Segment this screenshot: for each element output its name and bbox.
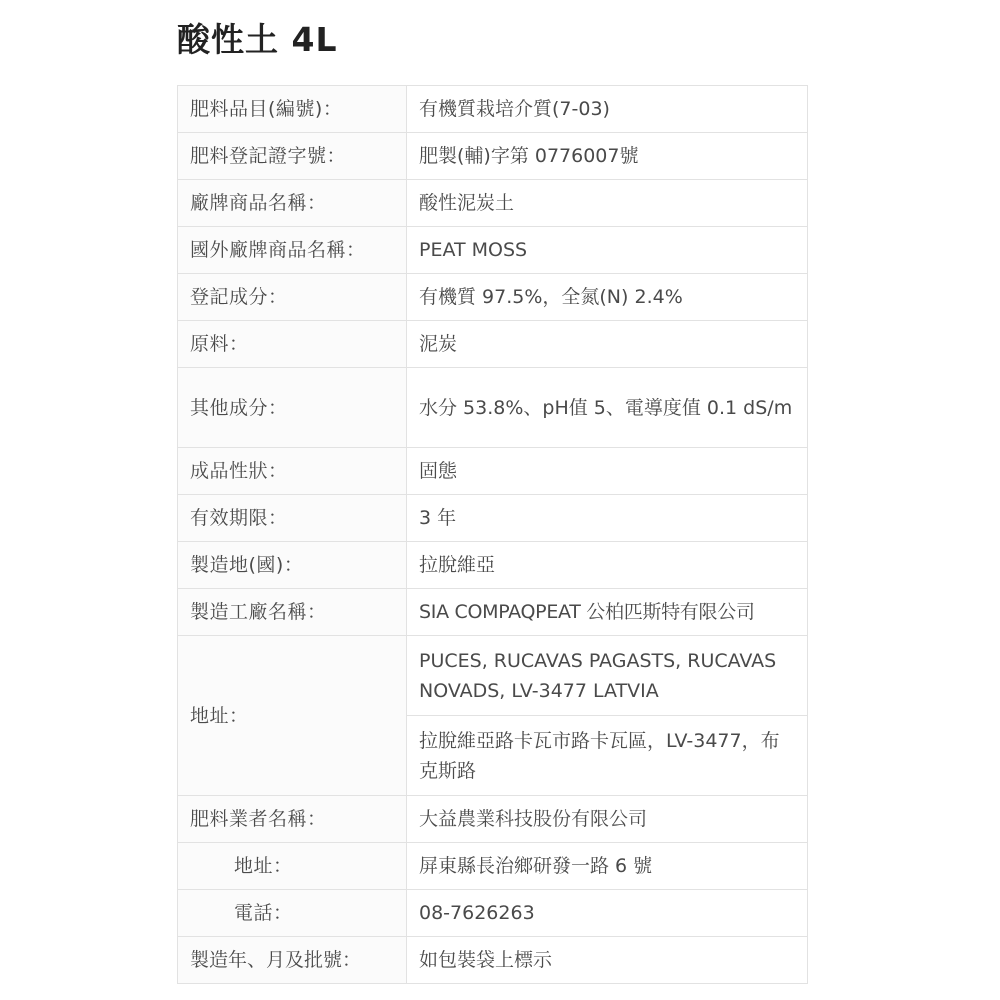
table-row: 有效期限： 3 年 <box>178 495 808 542</box>
table-row: 肥料品目(編號)： 有機質栽培介質(7-03) <box>178 86 808 133</box>
row-value-product-form: 固態 <box>407 448 808 495</box>
table-row: 其他成分： 水分 53.8%、pH值 5、電導度值 0.1 dS/m <box>178 368 808 448</box>
row-value-country-of-manufacture: 拉脫維亞 <box>407 542 808 589</box>
table-row: 地址： PUCES, RUCAVAS PAGASTS, RUCAVAS NOVA… <box>178 636 808 716</box>
row-value-factory-name: SIA COMPAQPEAT 公柏匹斯特有限公司 <box>407 589 808 636</box>
row-label-registered-ingredients: 登記成分： <box>178 274 407 321</box>
row-value-fertilizer-category: 有機質栽培介質(7-03) <box>407 86 808 133</box>
row-value-raw-material: 泥炭 <box>407 321 808 368</box>
row-value-factory-address-en: PUCES, RUCAVAS PAGASTS, RUCAVAS NOVADS, … <box>407 636 808 716</box>
row-value-foreign-brand-name: PEAT MOSS <box>407 227 808 274</box>
row-value-phone: 08-7626263 <box>407 890 808 937</box>
row-value-manufacture-date-batch: 如包裝袋上標示 <box>407 937 808 984</box>
row-label-shelf-life: 有效期限： <box>178 495 407 542</box>
row-label-company-address: 地址： <box>178 843 407 890</box>
table-row: 登記成分： 有機質 97.5%，全氮(N) 2.4% <box>178 274 808 321</box>
table-row: 原料： 泥炭 <box>178 321 808 368</box>
table-row: 製造地(國)： 拉脫維亞 <box>178 542 808 589</box>
table-row: 成品性狀： 固態 <box>178 448 808 495</box>
page-title: 酸性土 4L <box>177 14 337 66</box>
row-label-phone: 電話： <box>178 890 407 937</box>
row-label-brand-name: 廠牌商品名稱： <box>178 180 407 227</box>
row-label-fertilizer-category: 肥料品目(編號)： <box>178 86 407 133</box>
row-value-shelf-life: 3 年 <box>407 495 808 542</box>
row-label-registration-number: 肥料登記證字號： <box>178 133 407 180</box>
row-label-country-of-manufacture: 製造地(國)： <box>178 542 407 589</box>
table-row: 廠牌商品名稱： 酸性泥炭土 <box>178 180 808 227</box>
table-row: 地址： 屏東縣長治鄉研發一路 6 號 <box>178 843 808 890</box>
table-row: 電話： 08-7626263 <box>178 890 808 937</box>
row-label-raw-material: 原料： <box>178 321 407 368</box>
row-label-company-name: 肥料業者名稱： <box>178 796 407 843</box>
row-label-manufacture-date-batch: 製造年、月及批號： <box>178 937 407 984</box>
table-row: 肥料登記證字號： 肥製(輔)字第 0776007號 <box>178 133 808 180</box>
row-label-factory-address: 地址： <box>178 636 407 796</box>
table-row: 製造工廠名稱： SIA COMPAQPEAT 公柏匹斯特有限公司 <box>178 589 808 636</box>
row-value-registered-ingredients: 有機質 97.5%，全氮(N) 2.4% <box>407 274 808 321</box>
row-value-company-address: 屏東縣長治鄉研發一路 6 號 <box>407 843 808 890</box>
row-value-factory-address-zh: 拉脫維亞路卡瓦市路卡瓦區，LV-3477，布克斯路 <box>407 716 808 796</box>
row-label-product-form: 成品性狀： <box>178 448 407 495</box>
fertilizer-spec-table: 肥料品目(編號)： 有機質栽培介質(7-03) 肥料登記證字號： 肥製(輔)字第… <box>177 85 808 984</box>
table-row: 肥料業者名稱： 大益農業科技股份有限公司 <box>178 796 808 843</box>
row-value-company-name: 大益農業科技股份有限公司 <box>407 796 808 843</box>
table-row: 國外廠牌商品名稱： PEAT MOSS <box>178 227 808 274</box>
table-row: 製造年、月及批號： 如包裝袋上標示 <box>178 937 808 984</box>
row-label-foreign-brand-name: 國外廠牌商品名稱： <box>178 227 407 274</box>
row-value-brand-name: 酸性泥炭土 <box>407 180 808 227</box>
row-value-registration-number: 肥製(輔)字第 0776007號 <box>407 133 808 180</box>
row-value-other-ingredients: 水分 53.8%、pH值 5、電導度值 0.1 dS/m <box>407 368 808 448</box>
row-label-factory-name: 製造工廠名稱： <box>178 589 407 636</box>
row-label-other-ingredients: 其他成分： <box>178 368 407 448</box>
